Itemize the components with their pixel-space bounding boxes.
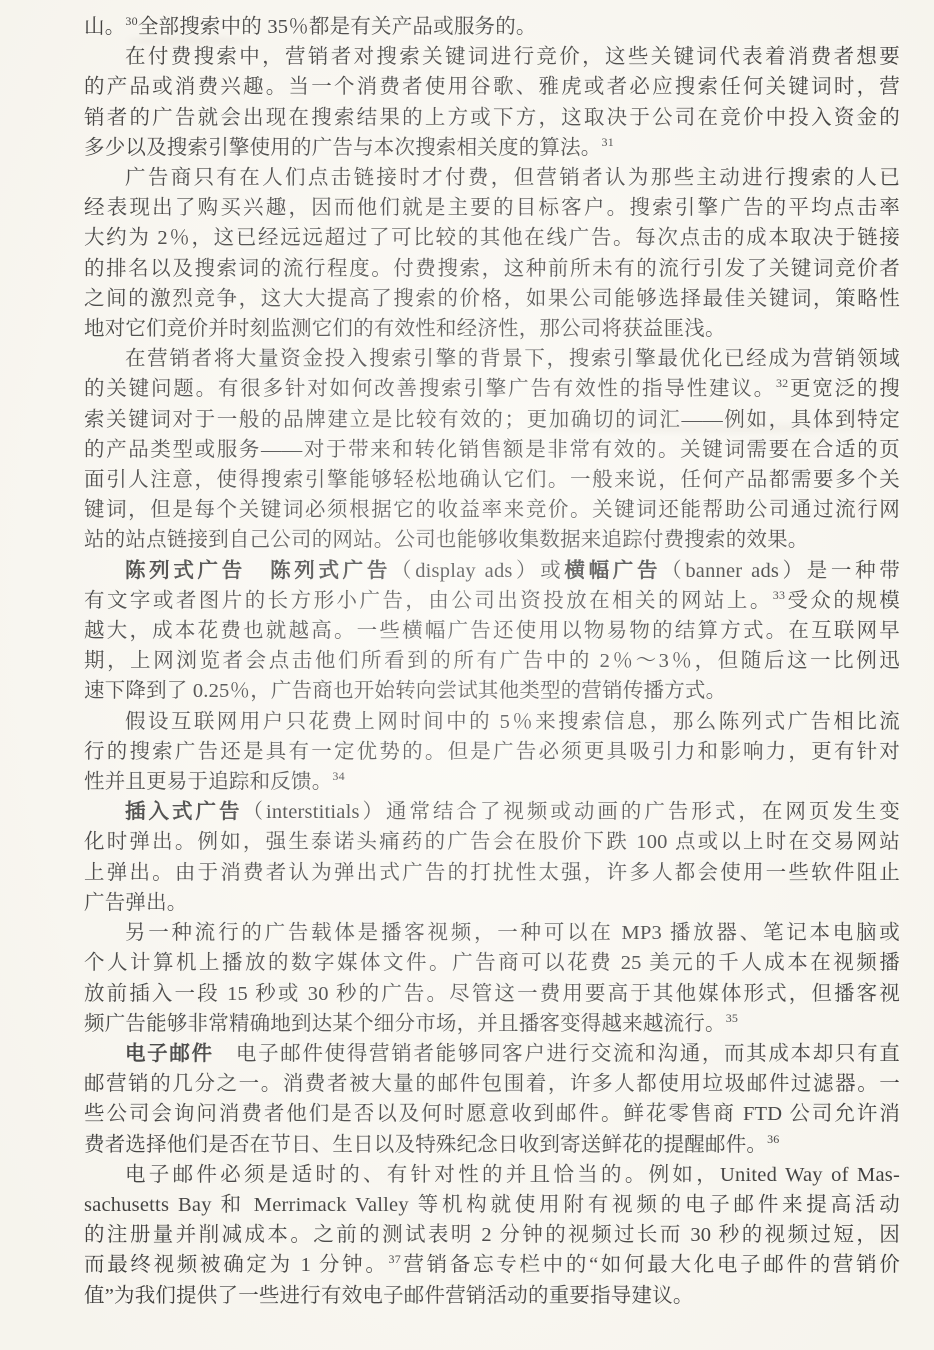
text-segment: 广告弹出。 (84, 892, 188, 914)
text-line: 越大，成本花费也就越高。一些横幅广告还使用以物易物的结算方式。在互联网早 (84, 616, 900, 646)
footnote-ref: 34 (332, 769, 344, 783)
text-segment: 上弹出。由于消费者认为弹出式广告的打扰性太强，许多人都会使用一些软件阻止 (84, 862, 900, 884)
text-line: 的关键问题。有很多针对如何改善搜索引擎广告有效性的指导性建议。32更宽泛的搜 (84, 374, 900, 404)
text-segment: 的关键问题。有很多针对如何改善搜索引擎广告有效性的指导性建议。 (84, 378, 776, 400)
text-line: 广告弹出。 (84, 888, 900, 918)
text-segment: 电子邮件必须是适时的、有针对性的并且恰当的。例如，United Way of M… (125, 1164, 900, 1186)
text-segment: 键词，但是每个关键词必须根据它的收益率来竞价。关键词还能帮助公司通过流行网 (84, 499, 900, 521)
bold-term: 陈列式广告 (125, 560, 246, 582)
text-segment: 的排名以及搜索词的流行程度。付费搜索，这种前所未有的流行引发了关键词竞价者 (84, 258, 900, 280)
text-segment: 全部搜索中的 35％都是有关产品或服务的。 (138, 16, 537, 38)
text-segment: 经表现出了购买兴趣，因而他们就是主要的目标客户。搜索引擎广告的平均点击率 (84, 197, 900, 219)
paragraph: 另一种流行的广告载体是播客视频，一种可以在 MP3 播放器、笔记本电脑或个人计算… (84, 918, 900, 1039)
text-segment: 在付费搜索中，营销者对搜索关键词进行竞价，这些关键词代表着消费者想要 (125, 46, 900, 68)
text-segment: 销者的广告就会出现在搜索结果的上方或下方，这取决于公司在竞价中投入资金的 (84, 107, 900, 129)
text-line: 销者的广告就会出现在搜索结果的上方或下方，这取决于公司在竞价中投入资金的 (84, 103, 900, 133)
text-segment: 多少以及搜索引擎使用的广告与本次搜索相关度的算法。 (84, 137, 602, 159)
text-line: 插入式广告（interstitials）通常结合了视频或动画的广告形式，在网页发… (84, 797, 900, 827)
text-segment: 大约为 2％，这已经远远超过了可比较的其他在线广告。每次点击的成本取决于链接 (84, 227, 900, 249)
text-segment: 索关键词对于一般的品牌建立是比较有效的；更加确切的词汇——例如，具体到特定 (84, 409, 900, 431)
text-segment: 的产品类型或服务——对于带来和转化销售额是非常有效的。关键词需要在合适的页 (84, 439, 900, 461)
text-line: 另一种流行的广告载体是播客视频，一种可以在 MP3 播放器、笔记本电脑或 (84, 918, 900, 948)
text-line: 期，上网浏览者会点击他们所看到的所有广告中的 2％～3％，但随后这一比例迅 (84, 646, 900, 676)
text-line: 多少以及搜索引擎使用的广告与本次搜索相关度的算法。31 (84, 133, 900, 163)
bold-term: 插入式广告 (125, 801, 242, 823)
paragraph: 陈列式广告 陈列式广告（display ads）或横幅广告（banner ads… (84, 556, 900, 707)
text-segment: 个人计算机上播放的数字媒体文件。广告商可以花费 25 美元的千人成本在视频播 (84, 952, 900, 974)
text-line: 性并且更易于追踪和反馈。34 (84, 767, 900, 797)
text-segment: （display ads）或 (391, 560, 564, 582)
footnote-ref: 36 (767, 1132, 779, 1146)
text-segment: 期，上网浏览者会点击他们所看到的所有广告中的 2％～3％，但随后这一比例迅 (84, 650, 900, 672)
text-segment: 在营销者将大量资金投入搜索引擎的背景下，搜索引擎最优化已经成为营销领域 (125, 348, 900, 370)
text-segment: 些公司会询问消费者他们是否以及何时愿意收到邮件。鲜花零售商 FTD 公司允许消 (84, 1103, 900, 1125)
text-segment: 性并且更易于追踪和反馈。 (84, 771, 332, 793)
text-line: 行的搜索广告还是具有一定优势的。但是广告必须更具吸引力和影响力，更有针对 (84, 737, 900, 767)
footnote-ref: 30 (125, 14, 137, 28)
paragraph: 插入式广告（interstitials）通常结合了视频或动画的广告形式，在网页发… (84, 797, 900, 918)
footnote-ref: 32 (776, 377, 788, 391)
text-line: 而最终视频被确定为 1 分钟。37营销备忘专栏中的“如何最大化电子邮件的营销价 (84, 1250, 900, 1280)
text-segment: 的产品或消费兴趣。当一个消费者使用谷歌、雅虎或者必应搜索任何关键词时，营 (84, 76, 900, 98)
text-line: 地对它们竞价并时刻监测它们的有效性和经济性，那公司将获益匪浅。 (84, 314, 900, 344)
text-line: 的产品或消费兴趣。当一个消费者使用谷歌、雅虎或者必应搜索任何关键词时，营 (84, 72, 900, 102)
paragraph: 在付费搜索中，营销者对搜索关键词进行竞价，这些关键词代表着消费者想要的产品或消费… (84, 42, 900, 163)
text-segment: 而最终视频被确定为 1 分钟。 (84, 1254, 389, 1276)
text-line: 费者选择他们是否在节日、生日以及特殊纪念日收到寄送鲜花的提醒邮件。36 (84, 1130, 900, 1160)
text-line: 之间的激烈竞争，这大大提高了搜索的价格，如果公司能够选择最佳关键词，策略性 (84, 284, 900, 314)
text-line: 索关键词对于一般的品牌建立是比较有效的；更加确切的词汇——例如，具体到特定 (84, 405, 900, 435)
text-segment: 之间的激烈竞争，这大大提高了搜索的价格，如果公司能够选择最佳关键词，策略性 (84, 288, 900, 310)
text-segment (246, 560, 270, 582)
text-segment: 化时弹出。例如，强生泰诺头痛药的广告会在股价下跌 100 点或以上时在交易网站 (84, 831, 900, 853)
bold-term: 电子邮件 (125, 1043, 214, 1065)
text-line: 在营销者将大量资金投入搜索引擎的背景下，搜索引擎最优化已经成为营销领域 (84, 344, 900, 374)
text-line: 放前插入一段 15 秒或 30 秒的广告。尽管这一费用要高于其他媒体形式，但播客… (84, 979, 900, 1009)
footnote-ref: 35 (726, 1011, 738, 1025)
text-line: 陈列式广告 陈列式广告（display ads）或横幅广告（banner ads… (84, 556, 900, 586)
text-line: 有文字或者图片的长方形小广告，由公司出资投放在相关的网站上。33受众的规模 (84, 586, 900, 616)
text-line: sachusetts Bay 和 Merrimack Valley 等机构就使用… (84, 1190, 900, 1220)
text-block: 山。30全部搜索中的 35％都是有关产品或服务的。在付费搜索中，营销者对搜索关键… (84, 12, 900, 1311)
footnote-ref: 31 (602, 135, 614, 149)
bold-term: 陈列式广告 (270, 560, 391, 582)
text-segment: 放前插入一段 15 秒或 30 秒的广告。尽管这一费用要高于其他媒体形式，但播客… (84, 983, 900, 1005)
text-line: 站的站点链接到自己公司的网站。公司也能够收集数据来追踪付费搜索的效果。 (84, 525, 900, 555)
text-line: 值”为我们提供了一些进行有效电子邮件营销活动的重要指导建议。 (84, 1281, 900, 1311)
text-segment: 面引人注意，使得搜索引擎能够轻松地确认它们。一般来说，任何产品都需要多个关 (84, 469, 900, 491)
text-segment: 另一种流行的广告载体是播客视频，一种可以在 MP3 播放器、笔记本电脑或 (125, 922, 900, 944)
text-line: 的排名以及搜索词的流行程度。付费搜索，这种前所未有的流行引发了关键词竞价者 (84, 254, 900, 284)
paragraph: 广告商只有在人们点击链接时才付费，但营销者认为那些主动进行搜索的人已经表现出了购… (84, 163, 900, 344)
text-segment: 地对它们竞价并时刻监测它们的有效性和经济性，那公司将获益匪浅。 (84, 318, 726, 340)
text-line: 化时弹出。例如，强生泰诺头痛药的广告会在股价下跌 100 点或以上时在交易网站 (84, 827, 900, 857)
text-segment: （banner ads）是一种带 (661, 560, 900, 582)
text-line: 面引人注意，使得搜索引擎能够轻松地确认它们。一般来说，任何产品都需要多个关 (84, 465, 900, 495)
text-segment: 邮营销的几分之一。消费者被大量的邮件包围着，许多人都使用垃圾邮件过滤器。一 (84, 1073, 900, 1095)
text-line: 大约为 2％，这已经远远超过了可比较的其他在线广告。每次点击的成本取决于链接 (84, 223, 900, 253)
text-line: 经表现出了购买兴趣，因而他们就是主要的目标客户。搜索引擎广告的平均点击率 (84, 193, 900, 223)
footnote-ref: 37 (389, 1253, 401, 1267)
text-line: 山。30全部搜索中的 35％都是有关产品或服务的。 (84, 12, 900, 42)
text-segment: 的注册量并削减成本。之前的测试表明 2 分钟的视频过长而 30 秒的视频过短，因 (84, 1224, 900, 1246)
paragraph: 电子邮件必须是适时的、有针对性的并且恰当的。例如，United Way of M… (84, 1160, 900, 1311)
text-line: 些公司会询问消费者他们是否以及何时愿意收到邮件。鲜花零售商 FTD 公司允许消 (84, 1099, 900, 1129)
text-segment: 电子邮件使得营销者能够同客户进行交流和沟通，而其成本却只有直 (214, 1043, 900, 1065)
text-line: 的产品类型或服务——对于带来和转化销售额是非常有效的。关键词需要在合适的页 (84, 435, 900, 465)
text-line: 电子邮件 电子邮件使得营销者能够同客户进行交流和沟通，而其成本却只有直 (84, 1039, 900, 1069)
paragraph: 山。30全部搜索中的 35％都是有关产品或服务的。 (84, 12, 900, 42)
text-segment: 营销备忘专栏中的“如何最大化电子邮件的营销价 (401, 1254, 900, 1276)
footnote-ref: 33 (773, 588, 785, 602)
text-segment: 假设互联网用户只花费上网时间中的 5％来搜索信息，那么陈列式广告相比流 (125, 711, 900, 733)
text-line: 电子邮件必须是适时的、有针对性的并且恰当的。例如，United Way of M… (84, 1160, 900, 1190)
text-line: 广告商只有在人们点击链接时才付费，但营销者认为那些主动进行搜索的人已 (84, 163, 900, 193)
text-segment: 更宽泛的搜 (788, 378, 900, 400)
text-segment: 有文字或者图片的长方形小广告，由公司出资投放在相关的网站上。 (84, 590, 773, 612)
scanned-page: 山。30全部搜索中的 35％都是有关产品或服务的。在付费搜索中，营销者对搜索关键… (0, 0, 934, 1350)
paragraph: 在营销者将大量资金投入搜索引擎的背景下，搜索引擎最优化已经成为营销领域的关键问题… (84, 344, 900, 555)
text-segment: 山。 (84, 16, 125, 38)
text-segment: 越大，成本花费也就越高。一些横幅广告还使用以物易物的结算方式。在互联网早 (84, 620, 900, 642)
text-line: 在付费搜索中，营销者对搜索关键词进行竞价，这些关键词代表着消费者想要 (84, 42, 900, 72)
text-line: 邮营销的几分之一。消费者被大量的邮件包围着，许多人都使用垃圾邮件过滤器。一 (84, 1069, 900, 1099)
text-line: 个人计算机上播放的数字媒体文件。广告商可以花费 25 美元的千人成本在视频播 (84, 948, 900, 978)
text-segment: 速下降到了 0.25％，广告商也开始转向尝试其他类型的营销传播方式。 (84, 680, 726, 702)
text-line: 的注册量并削减成本。之前的测试表明 2 分钟的视频过长而 30 秒的视频过短，因 (84, 1220, 900, 1250)
text-segment: （interstitials）通常结合了视频或动画的广告形式，在网页发生变 (242, 801, 900, 823)
text-segment: 行的搜索广告还是具有一定优势的。但是广告必须更具吸引力和影响力，更有针对 (84, 741, 900, 763)
text-segment: 站的站点链接到自己公司的网站。公司也能够收集数据来追踪付费搜索的效果。 (84, 529, 809, 551)
text-segment: 受众的规模 (785, 590, 900, 612)
paragraph: 假设互联网用户只花费上网时间中的 5％来搜索信息，那么陈列式广告相比流行的搜索广… (84, 707, 900, 798)
text-line: 键词，但是每个关键词必须根据它的收益率来竞价。关键词还能帮助公司通过流行网 (84, 495, 900, 525)
text-segment: 值”为我们提供了一些进行有效电子邮件营销活动的重要指导建议。 (84, 1285, 694, 1307)
text-line: 假设互联网用户只花费上网时间中的 5％来搜索信息，那么陈列式广告相比流 (84, 707, 900, 737)
text-segment: 费者选择他们是否在节日、生日以及特殊纪念日收到寄送鲜花的提醒邮件。 (84, 1134, 767, 1156)
text-segment: 频广告能够非常精确地到达某个细分市场，并且播客变得越来越流行。 (84, 1013, 726, 1035)
text-line: 频广告能够非常精确地到达某个细分市场，并且播客变得越来越流行。35 (84, 1009, 900, 1039)
text-line: 上弹出。由于消费者认为弹出式广告的打扰性太强，许多人都会使用一些软件阻止 (84, 858, 900, 888)
text-line: 速下降到了 0.25％，广告商也开始转向尝试其他类型的营销传播方式。 (84, 676, 900, 706)
text-segment: 广告商只有在人们点击链接时才付费，但营销者认为那些主动进行搜索的人已 (125, 167, 900, 189)
bold-term: 横幅广告 (564, 560, 661, 582)
paragraph: 电子邮件 电子邮件使得营销者能够同客户进行交流和沟通，而其成本却只有直邮营销的几… (84, 1039, 900, 1160)
text-segment: sachusetts Bay 和 Merrimack Valley 等机构就使用… (84, 1194, 900, 1216)
